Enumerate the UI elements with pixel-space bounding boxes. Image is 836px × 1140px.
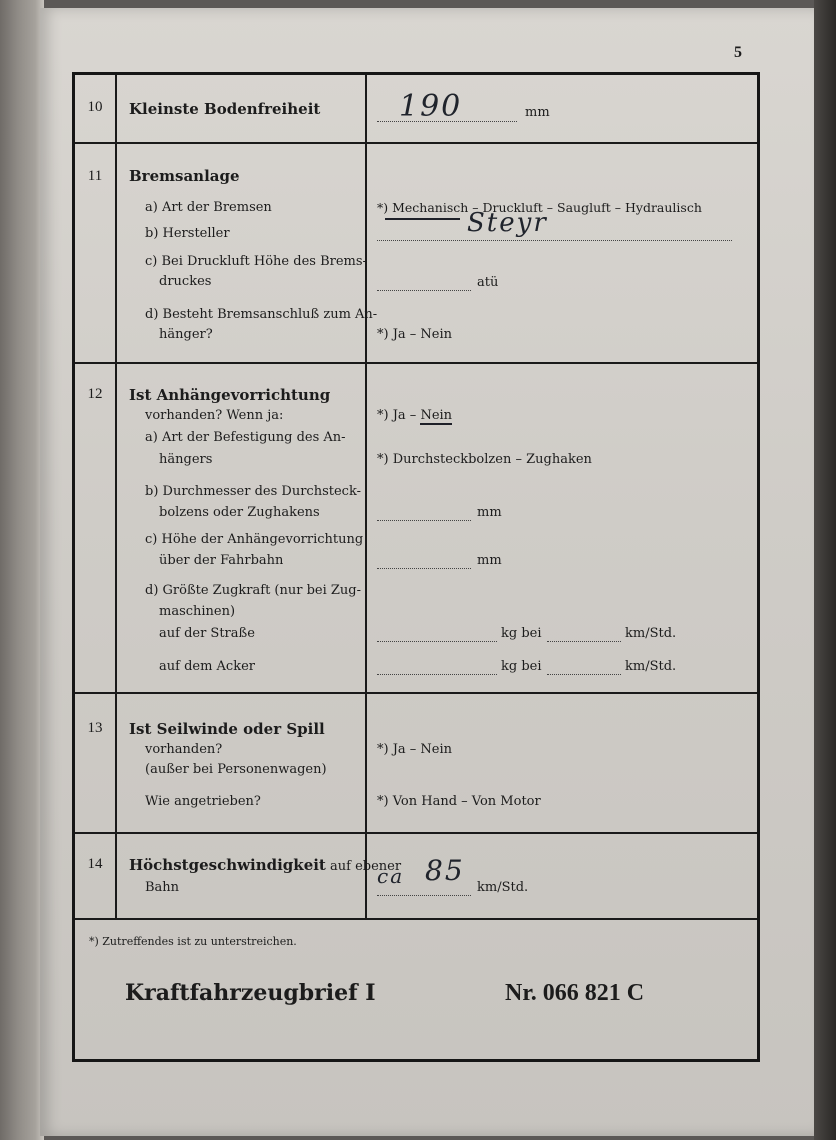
unit-mm: mm <box>525 105 550 120</box>
footnote: *) Zutreffendes ist zu unterstreichen. <box>89 935 297 948</box>
document-title: Kraftfahrzeugbrief I <box>125 980 376 1006</box>
label-trailer-brake: d) Besteht Bremsanschluß zum An- <box>145 307 377 322</box>
row-number: 13 <box>75 692 117 832</box>
label-on-field: auf dem Acker <box>159 659 255 674</box>
label-max-speed: Höchstgeschwindigkeit <box>129 856 326 874</box>
trailer-brake-options: *) Ja – Nein <box>377 327 452 342</box>
label-max-speed-cont: Bahn <box>145 880 179 895</box>
label-brake-system: Bremsanlage <box>129 167 240 185</box>
label-brake-pressure-cont: druckes <box>159 274 211 289</box>
label-winch-note: (außer bei Personenwagen) <box>145 762 327 777</box>
unit-mm: mm <box>477 553 502 568</box>
row-13: 13 Ist Seilwinde oder Spill vorhanden? (… <box>75 692 757 834</box>
value-max-speed-prefix: ca <box>377 864 404 888</box>
unit-kmh: km/Std. <box>477 880 528 895</box>
label-winch-drive: Wie angetrieben? <box>145 794 261 809</box>
value-max-speed: 85 <box>425 854 465 887</box>
row-12: 12 Ist Anhängevorrichtung vorhanden? Wen… <box>75 362 757 694</box>
row-number: 10 <box>75 75 117 142</box>
label-max-traction-cont: maschinen) <box>159 604 235 619</box>
value-ground-clearance: 190 <box>399 89 462 124</box>
document-number: Nr. 066 821 C <box>505 980 644 1007</box>
row-number: 12 <box>75 362 117 692</box>
unit-atu: atü <box>477 275 498 290</box>
hitch-options: *) Ja – <box>377 408 420 423</box>
row-number: 11 <box>75 142 117 362</box>
winch-options: *) Ja – Nein <box>377 742 452 757</box>
unit-mm: mm <box>477 505 502 520</box>
form-frame: 10 Kleinste Bodenfreiheit 190 mm 11 Brem… <box>72 72 760 1062</box>
label-on-road: auf der Straße <box>159 626 255 641</box>
brake-type-underline <box>385 218 460 220</box>
number-value: 066 821 C <box>543 980 644 1006</box>
label-max-traction: d) Größte Zugkraft (nur bei Zug- <box>145 583 361 598</box>
label-manufacturer: b) Hersteller <box>145 226 230 241</box>
label-winch: Ist Seilwinde oder Spill <box>129 720 325 738</box>
hitch-mount-options: *) Durchsteckbolzen – Zughaken <box>377 452 592 467</box>
label-trailer-hitch: Ist Anhängevorrichtung <box>129 386 330 404</box>
row-14: 14 Höchstgeschwindigkeit auf ebener Bahn… <box>75 832 757 920</box>
row-number: 14 <box>75 832 117 918</box>
row-11: 11 Bremsanlage a) Art der Bremsen b) Her… <box>75 142 757 364</box>
value-manufacturer: Steyr <box>467 208 548 238</box>
left-page-edge <box>0 0 44 1140</box>
number-label: Nr. <box>505 980 537 1006</box>
unit-kg-bei: kg bei <box>501 626 542 641</box>
row-10: 10 Kleinste Bodenfreiheit 190 mm <box>75 75 757 144</box>
label-hitch-mount: a) Art der Befestigung des An- <box>145 430 346 445</box>
unit-kmh: km/Std. <box>625 626 676 641</box>
label-ground-clearance: Kleinste Bodenfreiheit <box>129 100 320 118</box>
page-number: 5 <box>734 44 742 62</box>
label-winch-present: vorhanden? <box>145 742 222 757</box>
label-hitch-height-cont: über der Fahrbahn <box>159 553 283 568</box>
label-trailer-hitch-cont: vorhanden? Wenn ja: <box>145 408 283 423</box>
label-brake-type: a) Art der Bremsen <box>145 200 272 215</box>
page-shadow <box>814 0 836 1140</box>
hitch-selected-nein: Nein <box>420 408 452 425</box>
unit-kmh: km/Std. <box>625 659 676 674</box>
winch-drive-options: *) Von Hand – Von Motor <box>377 794 541 809</box>
label-hitch-mount-cont: hängers <box>159 452 212 467</box>
label-bolt-diameter: b) Durchmesser des Durchsteck- <box>145 484 361 499</box>
unit-kg-bei: kg bei <box>501 659 542 674</box>
label-bolt-diameter-cont: bolzens oder Zughakens <box>159 505 320 520</box>
label-trailer-brake-cont: hänger? <box>159 327 213 342</box>
label-hitch-height: c) Höhe der Anhängevorrichtung <box>145 532 363 547</box>
label-brake-pressure: c) Bei Druckluft Höhe des Brems- <box>145 254 367 269</box>
